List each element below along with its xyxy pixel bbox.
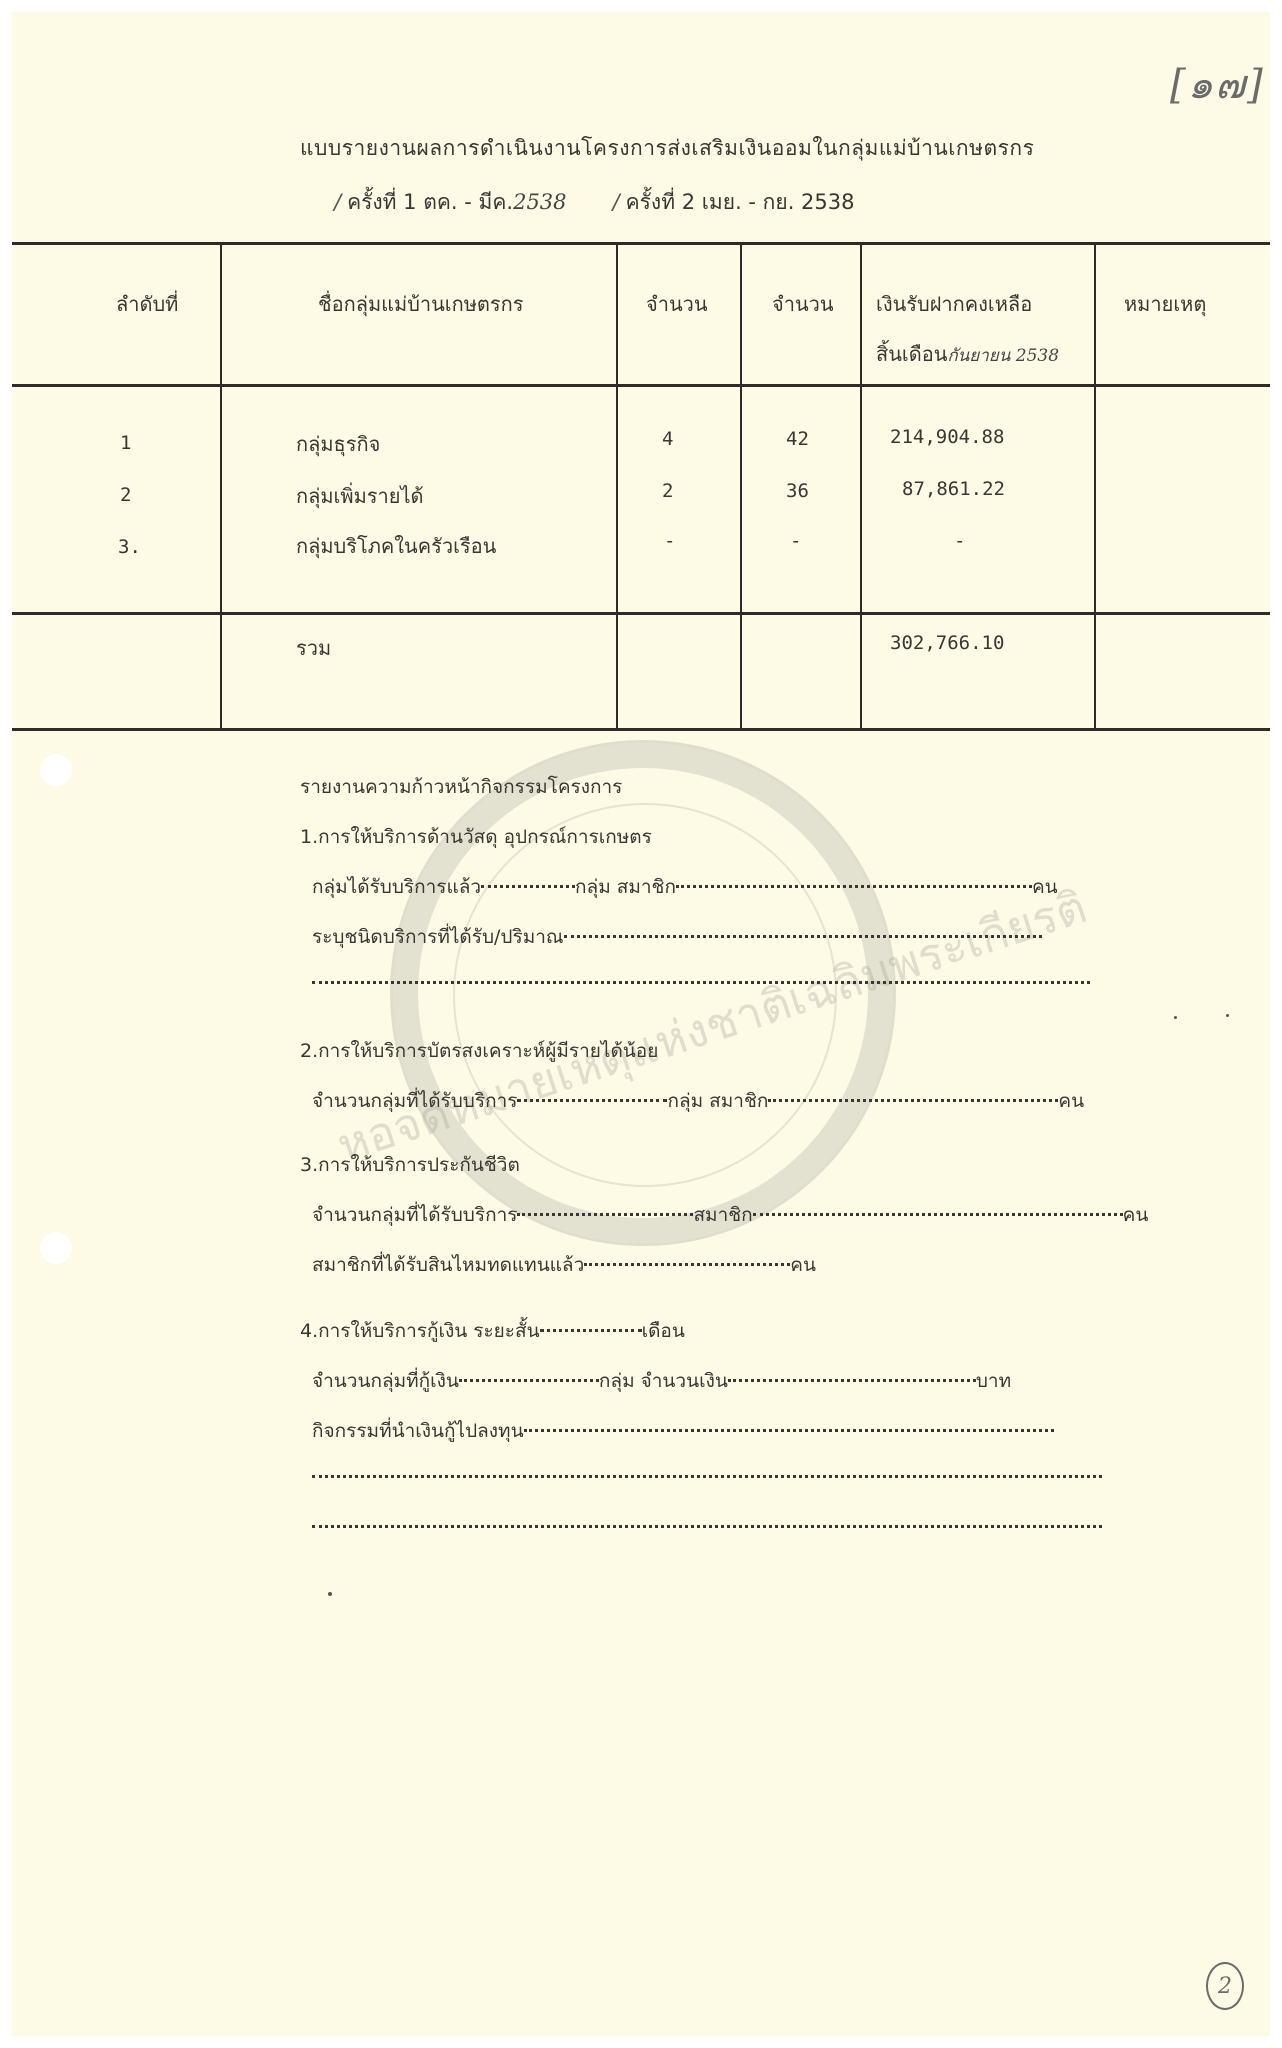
section-3-title: 3.การให้บริการประกันชีวิต (300, 1150, 520, 1180)
fill-loan-amount (728, 1379, 976, 1382)
end-of-month-label: สิ้นเดือน (876, 342, 947, 366)
row-2-balance: 87,861.22 (902, 478, 1005, 500)
label: จำนวนกลุ่มที่ได้รับบริการ (312, 1204, 517, 1226)
fill-loan-term (540, 1329, 642, 1332)
row-3-balance: - (954, 530, 965, 552)
row-3-order: 3. (118, 536, 141, 558)
row-3-count-a: - (664, 530, 675, 552)
period-1-year-handwritten: 2538 (513, 190, 566, 214)
total-label: รวม (296, 632, 331, 664)
column-header-count-members: จำนวน (772, 288, 834, 320)
punch-hole-bottom (40, 1232, 72, 1264)
column-header-group-name: ชื่อกลุ่มแม่บ้านเกษตรกร (318, 288, 524, 320)
row-2-count-b: 36 (786, 480, 809, 502)
label: กลุ่มได้รับบริการแล้ว (312, 876, 481, 898)
section-3-line-2: สมาชิกที่ได้รับสินไหมทดแทนแล้วคน (312, 1250, 816, 1280)
document-page (12, 12, 1270, 2036)
fill-members-served (753, 1213, 1123, 1216)
row-1-count-a: 4 (662, 428, 673, 450)
section-2-title: 2.การให้บริการบัตรสงเคราะห์ผู้มีรายได้น้… (300, 1036, 658, 1066)
section-1-line-2: ระบุชนิดบริการที่ได้รับ/ปริมาณ (312, 922, 1042, 952)
label: เดือน (642, 1320, 685, 1342)
column-header-remarks: หมายเหตุ (1124, 288, 1206, 320)
column-header-count-groups: จำนวน (646, 288, 708, 320)
row-1-order: 1 (120, 432, 131, 454)
fill-groups-borrowed (459, 1379, 599, 1382)
reporting-period: / ครั้งที่ 1 ตค. - มีค. 2538 / ครั้งที่ … (334, 186, 855, 219)
row-1-group-name: กลุ่มธุรกิจ (296, 428, 380, 460)
label: จำนวนกลุ่มที่กู้เงิน (312, 1370, 459, 1392)
label: คน (1032, 876, 1058, 898)
label: กลุ่ม สมาชิก (667, 1090, 768, 1112)
column-header-balance-line2: สิ้นเดือนกันยายน 2538 (876, 338, 1059, 370)
section-2-line-1: จำนวนกลุ่มที่ได้รับบริการกลุ่ม สมาชิกคน (312, 1086, 1084, 1116)
row-1-count-b: 42 (786, 428, 809, 450)
column-header-order: ลำดับที่ (116, 288, 178, 320)
section-4-title: 4.การให้บริการกู้เงิน ระยะสั้นเดือน (300, 1316, 685, 1346)
fill-service-type-cont (312, 981, 1090, 984)
period-2-label: ครั้งที่ 2 เมย. - กย. 2538 (626, 186, 855, 219)
label: จำนวนกลุ่มที่ได้รับบริการ (312, 1090, 517, 1112)
section-4-line-1: จำนวนกลุ่มที่กู้เงินกลุ่ม จำนวนเงินบาท (312, 1366, 1011, 1396)
month-handwritten: กันยายน 2538 (947, 346, 1059, 366)
fill-groups-served (517, 1213, 693, 1216)
period-1-check-mark: / (334, 190, 341, 214)
section-4-line-3 (312, 1466, 1102, 1488)
fill-groups-served (481, 885, 575, 888)
label: สมาชิก (693, 1204, 752, 1226)
total-balance: 302,766.10 (890, 632, 1004, 654)
row-2-group-name: กลุ่มเพิ่มรายได้ (296, 480, 424, 512)
fill-loan-activities (524, 1429, 1054, 1432)
fill-groups-served (517, 1099, 667, 1102)
progress-heading: รายงานความก้าวหน้ากิจกรรมโครงการ (300, 772, 622, 802)
label: กลุ่ม สมาชิก (575, 876, 676, 898)
column-header-balance: เงินรับฝากคงเหลือ (876, 288, 1032, 320)
section-1-line-1: กลุ่มได้รับบริการแล้วกลุ่ม สมาชิกคน (312, 872, 1058, 902)
period-2-check-mark: / (613, 190, 620, 214)
page-number-circled: 2 (1206, 1962, 1244, 2010)
row-3-count-b: - (790, 530, 801, 552)
section-3-line-1: จำนวนกลุ่มที่ได้รับบริการสมาชิกคน (312, 1200, 1148, 1230)
label: คน (1123, 1204, 1149, 1226)
row-2-count-a: 2 (662, 480, 673, 502)
label: กิจกรรมที่นำเงินกู้ไปลงทุน (312, 1420, 524, 1442)
fill-members-served (676, 885, 1032, 888)
fill-members-served (768, 1099, 1058, 1102)
label: กลุ่ม จำนวนเงิน (599, 1370, 728, 1392)
ink-speck (1174, 1016, 1177, 1019)
form-title: แบบรายงานผลการดำเนินงานโครงการส่งเสริมเง… (300, 132, 1034, 165)
label: สมาชิกที่ได้รับสินไหมทดแทนแล้ว (312, 1254, 584, 1276)
fill-loan-activities-cont (312, 1475, 1102, 1478)
row-3-group-name: กลุ่มบริโภคในครัวเรือน (296, 530, 496, 562)
row-2-order: 2 (120, 484, 131, 506)
ink-speck (1226, 1014, 1229, 1017)
ink-speck (328, 1592, 332, 1596)
label: บาท (976, 1370, 1011, 1392)
section-4-line-4 (312, 1516, 1102, 1538)
fill-members-compensated (584, 1263, 790, 1266)
section-4-line-2: กิจกรรมที่นำเงินกู้ไปลงทุน (312, 1416, 1054, 1446)
period-1-label: ครั้งที่ 1 ตค. - มีค. (347, 186, 513, 219)
row-1-balance: 214,904.88 (890, 426, 1004, 448)
label: 4.การให้บริการกู้เงิน ระยะสั้น (300, 1320, 540, 1342)
label: คน (790, 1254, 816, 1276)
fill-service-type (564, 935, 1042, 938)
section-1-line-3 (312, 972, 1090, 994)
fill-loan-activities-cont (312, 1525, 1102, 1528)
label: ระบุชนิดบริการที่ได้รับ/ปริมาณ (312, 926, 564, 948)
section-1-title: 1.การให้บริการด้านวัสดุ อุปกรณ์การเกษตร (300, 822, 652, 852)
punch-hole-top (40, 754, 72, 786)
label: คน (1058, 1090, 1084, 1112)
archive-reference-mark: [๑๗] (1170, 52, 1265, 116)
